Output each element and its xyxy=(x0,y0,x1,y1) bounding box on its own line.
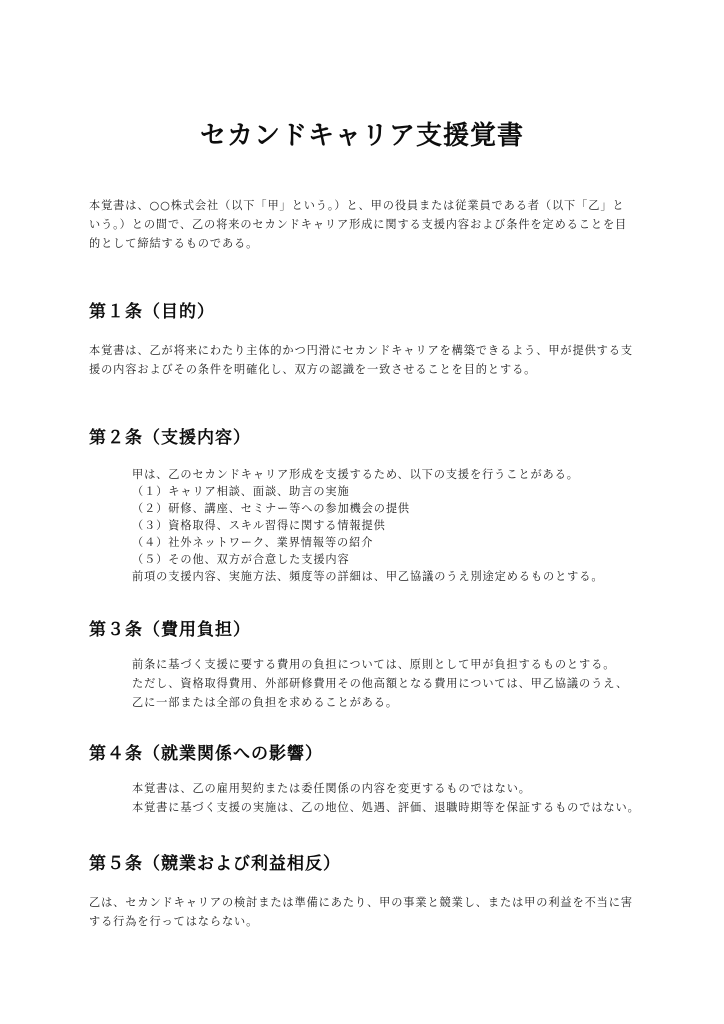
document-title: セカンドキャリア支援覚書 xyxy=(0,118,724,154)
preamble-paragraph: 本覚書は、○○株式会社（以下「甲」という。）と、甲の役員または従業員である者（以… xyxy=(89,196,641,253)
list-item: （２）研修、講座、セミナー等への参加機会の提供 xyxy=(132,500,652,517)
article-line: 援の内容およびその条件を明確化し、双方の認識を一致させることを目的とする。 xyxy=(89,360,641,379)
article-line: 前項の支援内容、実施方法、頻度等の詳細は、甲乙協議のうえ別途定めるものとする。 xyxy=(132,568,652,585)
list-item: （５）その他、双方が合意した支援内容 xyxy=(132,551,652,568)
article-4-body: 本覚書は、乙の雇用契約または委任関係の内容を変更するものではない。 本覚書に基づ… xyxy=(132,779,652,817)
article-line: する行為を行ってはならない。 xyxy=(89,912,641,931)
list-item: （３）資格取得、スキル習得に関する情報提供 xyxy=(132,517,652,534)
preamble-line: 本覚書は、○○株式会社（以下「甲」という。）と、甲の役員または従業員である者（以… xyxy=(89,196,641,215)
article-line: 本覚書は、乙が将来にわたり主体的かつ円滑にセカンドキャリアを構築できるよう、甲が… xyxy=(89,341,641,360)
article-2-heading: 第２条（支援内容） xyxy=(89,426,251,450)
preamble-line: いう。）との間で、乙の将来のセカンドキャリア形成に関する支援内容および条件を定め… xyxy=(89,215,641,234)
article-3-body: 前条に基づく支援に要する費用の負担については、原則として甲が負担するものとする。… xyxy=(132,655,652,712)
article-line: 前条に基づく支援に要する費用の負担については、原則として甲が負担するものとする。 xyxy=(132,655,652,674)
list-item: （１）キャリア相談、面談、助言の実施 xyxy=(132,483,652,500)
article-line: 本覚書に基づく支援の実施は、乙の地位、処遇、評価、退職時期等を保証するものではな… xyxy=(132,798,652,817)
article-line: 乙に一部または全部の負担を求めることがある。 xyxy=(132,693,652,712)
article-line: 乙は、セカンドキャリアの検討または準備にあたり、甲の事業と競業し、または甲の利益… xyxy=(89,893,641,912)
list-item: （４）社外ネットワーク、業界情報等の紹介 xyxy=(132,534,652,551)
article-5-heading: 第５条（競業および利益相反） xyxy=(89,852,341,876)
article-1-body: 本覚書は、乙が将来にわたり主体的かつ円滑にセカンドキャリアを構築できるよう、甲が… xyxy=(89,341,641,379)
article-line: 本覚書は、乙の雇用契約または委任関係の内容を変更するものではない。 xyxy=(132,779,652,798)
preamble-line: 的として締結するものである。 xyxy=(89,234,641,253)
article-1-heading: 第１条（目的） xyxy=(89,300,215,324)
article-line: ただし、資格取得費用、外部研修費用その他高額となる費用については、甲乙協議のうえ… xyxy=(132,674,652,693)
article-5-body: 乙は、セカンドキャリアの検討または準備にあたり、甲の事業と競業し、または甲の利益… xyxy=(89,893,641,931)
article-4-heading: 第４条（就業関係への影響） xyxy=(89,742,323,766)
article-3-heading: 第３条（費用負担） xyxy=(89,618,251,642)
article-line: 甲は、乙のセカンドキャリア形成を支援するため、以下の支援を行うことがある。 xyxy=(132,466,652,483)
document-page: セカンドキャリア支援覚書 本覚書は、○○株式会社（以下「甲」という。）と、甲の役… xyxy=(0,0,724,1024)
article-2-body: 甲は、乙のセカンドキャリア形成を支援するため、以下の支援を行うことがある。 （１… xyxy=(132,466,652,585)
